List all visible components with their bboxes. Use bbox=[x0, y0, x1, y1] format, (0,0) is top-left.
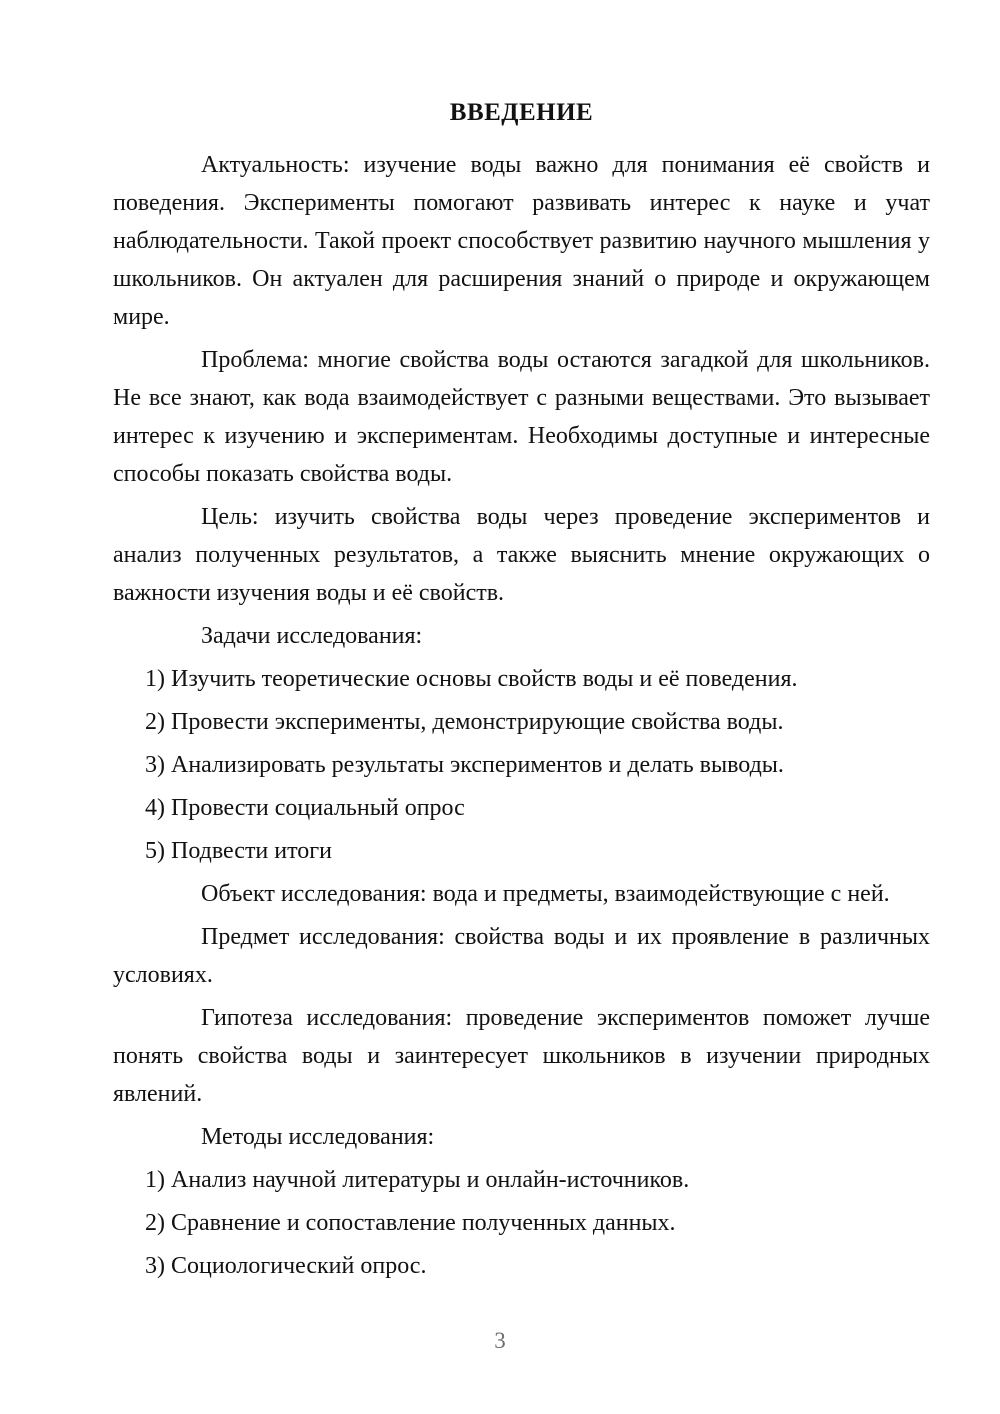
task-item-4: 4) Провести социальный опрос bbox=[113, 789, 930, 827]
paragraph-subject: Предмет исследования: свойства воды и их… bbox=[113, 918, 930, 994]
page-content: ВВЕДЕНИЕ Актуальность: изучение воды важ… bbox=[113, 94, 930, 1290]
page-number: 3 bbox=[0, 1322, 1000, 1360]
task-item-1: 1) Изучить теоретические основы свойств … bbox=[113, 660, 930, 698]
method-item-3: 3) Социологический опрос. bbox=[113, 1247, 930, 1285]
methods-list: 1) Анализ научной литературы и онлайн-ис… bbox=[113, 1161, 930, 1285]
paragraph-goal: Цель: изучить свойства воды через провед… bbox=[113, 498, 930, 612]
tasks-heading: Задачи исследования: bbox=[113, 617, 930, 655]
method-item-1: 1) Анализ научной литературы и онлайн-ис… bbox=[113, 1161, 930, 1199]
document-page: ВВЕДЕНИЕ Актуальность: изучение воды важ… bbox=[0, 0, 1000, 1414]
methods-heading: Методы исследования: bbox=[113, 1118, 930, 1156]
task-item-2: 2) Провести эксперименты, демонстрирующи… bbox=[113, 703, 930, 741]
method-item-2: 2) Сравнение и сопоставление полученных … bbox=[113, 1204, 930, 1242]
paragraph-hypothesis: Гипотеза исследования: проведение экспер… bbox=[113, 999, 930, 1113]
paragraph-relevance: Актуальность: изучение воды важно для по… bbox=[113, 146, 930, 336]
task-item-5: 5) Подвести итоги bbox=[113, 832, 930, 870]
tasks-list: 1) Изучить теоретические основы свойств … bbox=[113, 660, 930, 870]
page-title: ВВЕДЕНИЕ bbox=[113, 94, 930, 132]
paragraph-object: Объект исследования: вода и предметы, вз… bbox=[113, 875, 930, 913]
paragraph-problem: Проблема: многие свойства воды остаются … bbox=[113, 341, 930, 493]
task-item-3: 3) Анализировать результаты эксперименто… bbox=[113, 746, 930, 784]
